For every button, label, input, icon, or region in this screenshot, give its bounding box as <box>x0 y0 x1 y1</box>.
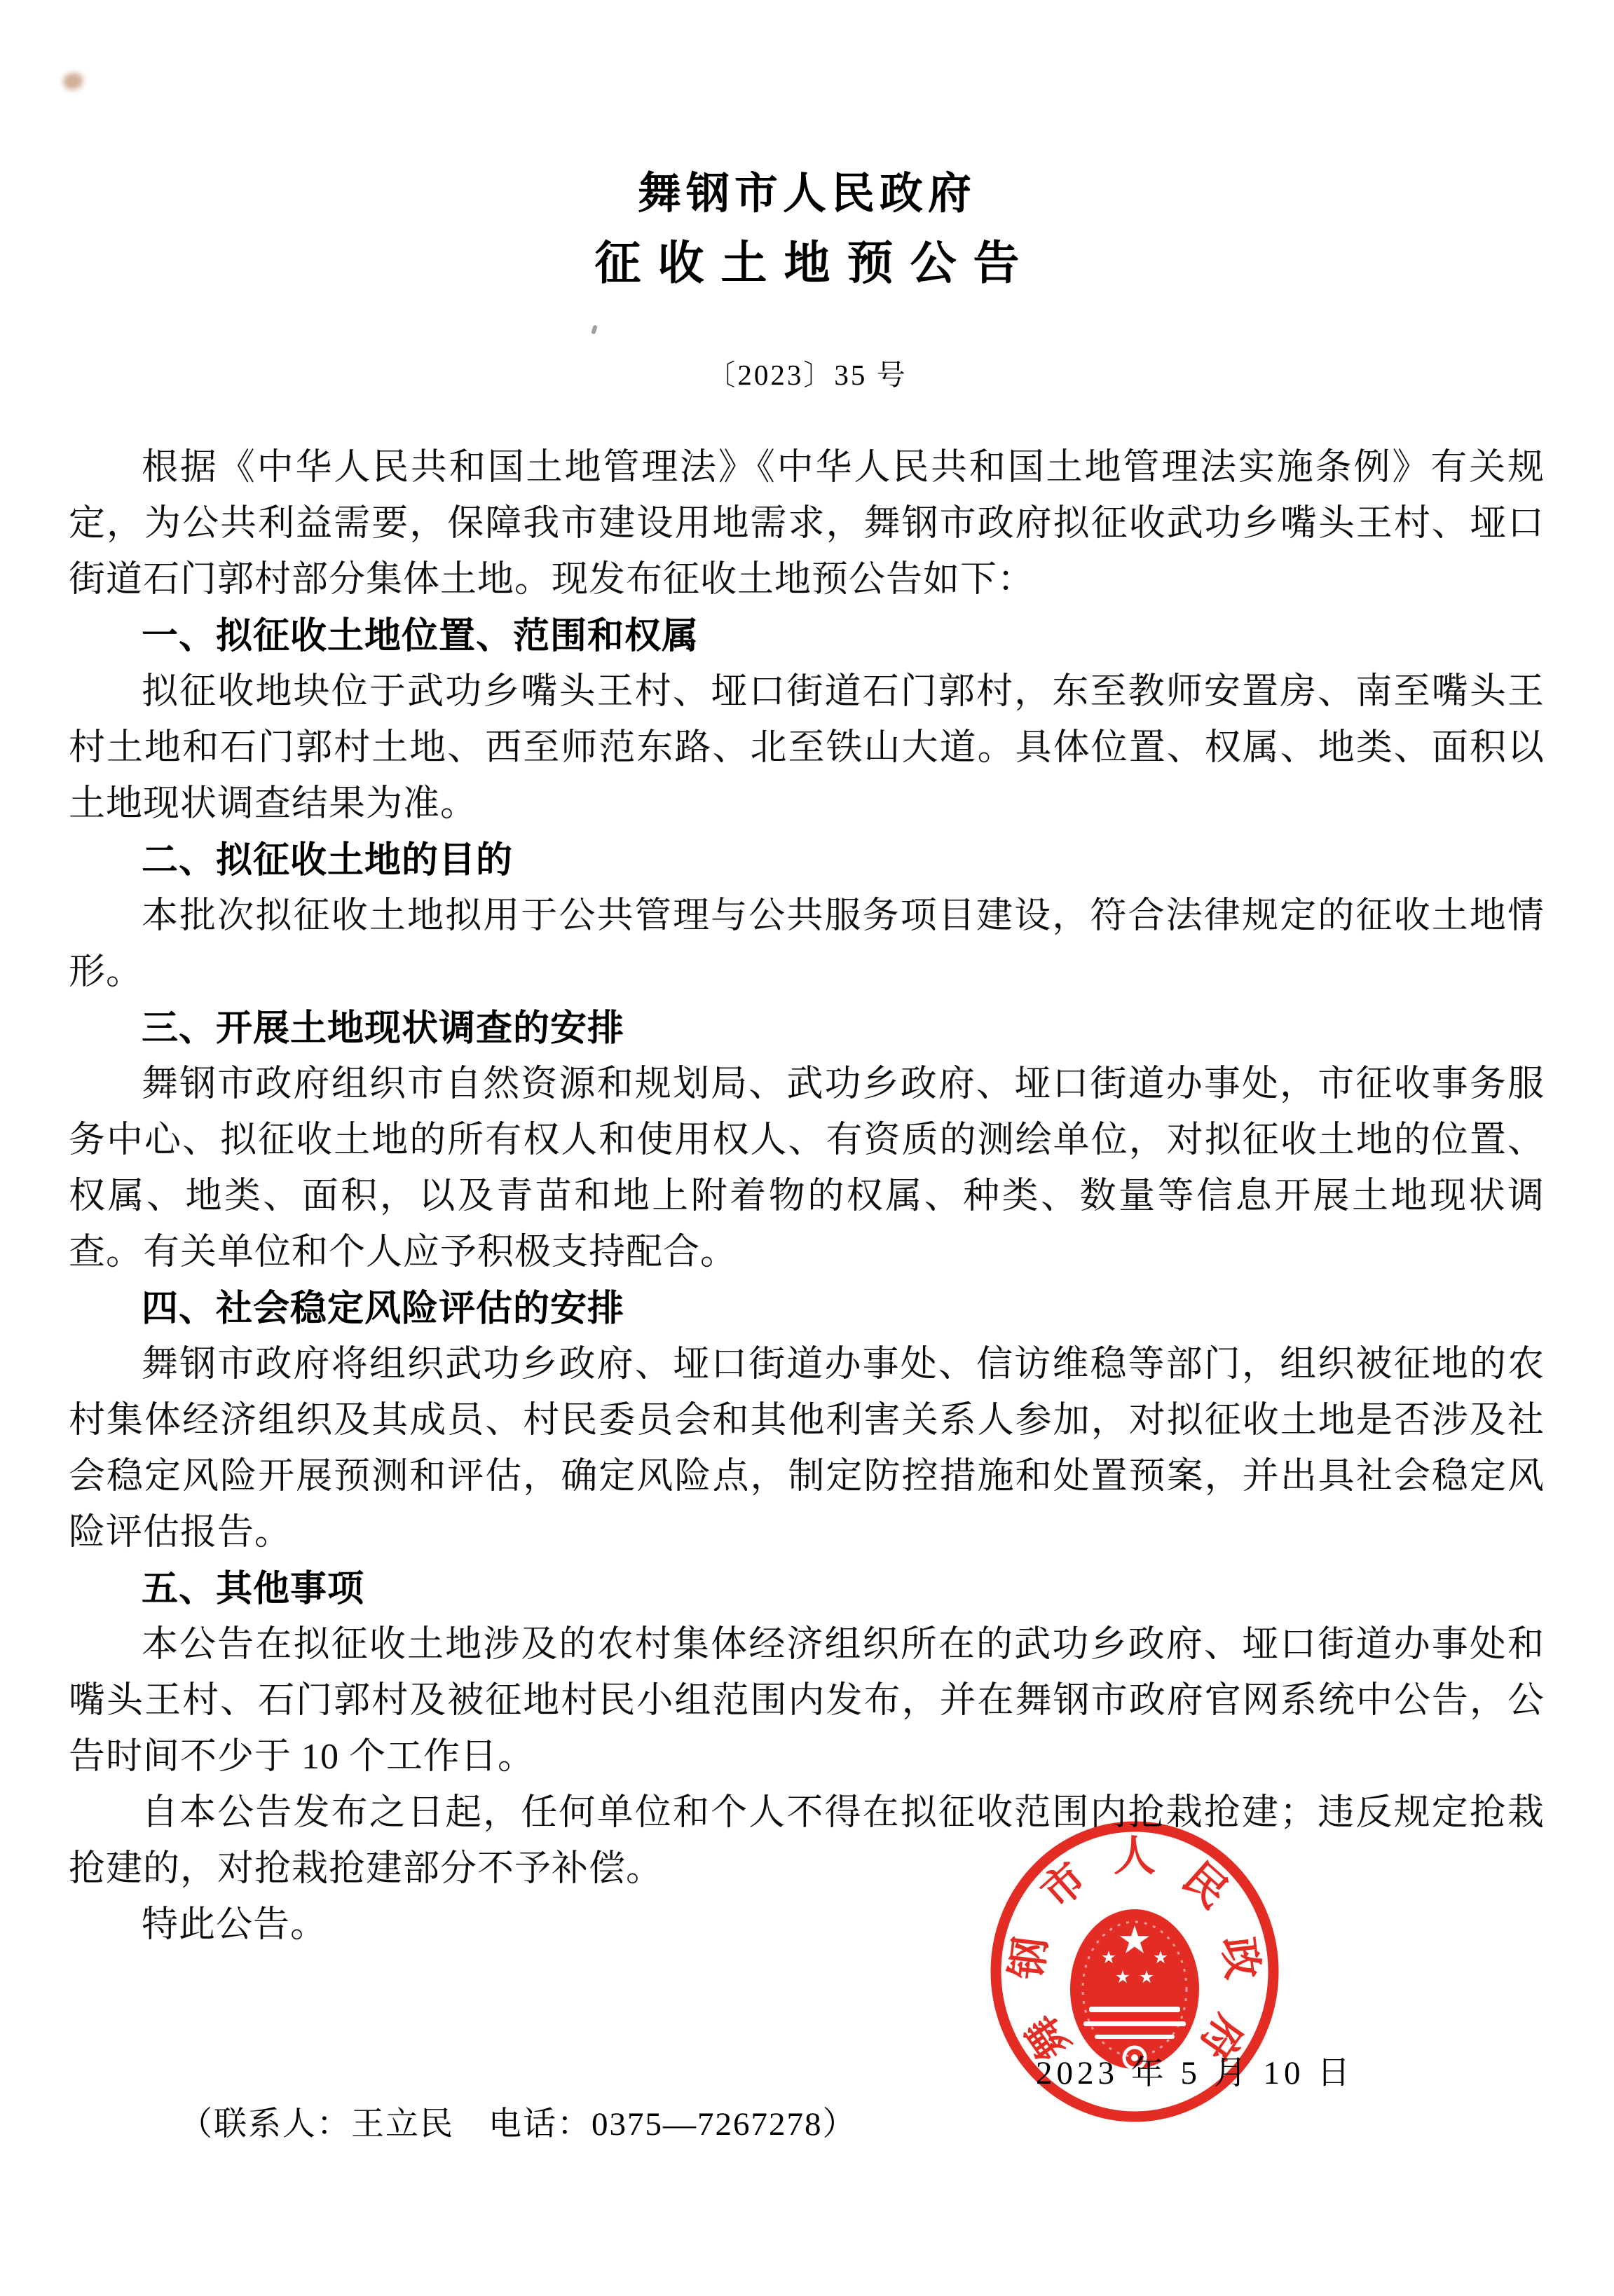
notice-body: 根据《中华人民共和国土地管理法》《中华人民共和国土地管理法实施条例》有关规定，为… <box>69 440 1545 1953</box>
national-emblem-icon <box>1070 1909 1199 2069</box>
seal-char: 政 <box>1215 1934 1266 1981</box>
contact-line: （联系人：王立民 电话：0375—7267278） <box>179 2098 857 2145</box>
body-paragraph: 本公告在拟征收土地涉及的农村集体经济组织所在的武功乡政府、垭口街道办事处和嘴头王… <box>69 1617 1545 1785</box>
section-heading: 三、开展土地现状调查的安排 <box>69 1001 1545 1057</box>
body-paragraph: 舞钢市政府将组织武功乡政府、垭口街道办事处、信访维稳等部门，组织被征地的农村集体… <box>69 1337 1545 1561</box>
section-heading: 一、拟征收土地位置、范围和权属 <box>69 608 1545 664</box>
body-paragraph: 特此公告。 <box>69 1897 1545 1953</box>
body-paragraph: 本批次拟征收土地拟用于公共管理与公共服务项目建设，符合法律规定的征收土地情形。 <box>69 888 1545 1001</box>
seal-char: 钢 <box>1003 1934 1055 1981</box>
section-heading: 五、其他事项 <box>69 1561 1545 1617</box>
body-paragraph: 自本公告发布之日起，任何单位和个人不得在拟征收范围内抢栽抢建；违反规定抢栽抢建的… <box>69 1785 1545 1897</box>
section-heading: 二、拟征收土地的目的 <box>69 832 1545 888</box>
scan-smudge-artifact <box>63 73 83 90</box>
official-seal: 舞 钢 市 人 民 政 府 <box>984 1819 1285 2124</box>
scan-speck-artifact <box>591 324 598 334</box>
seal-char: 人 <box>1114 1833 1156 1880</box>
document-page: 舞钢市人民政府 征收土地预公告 〔2023〕35 号 根据《中华人民共和国土地管… <box>0 0 1614 2296</box>
body-paragraph: 根据《中华人民共和国土地管理法》《中华人民共和国土地管理法实施条例》有关规定，为… <box>69 440 1545 608</box>
body-paragraph: 拟征收地块位于武功乡嘴头王村、垭口街道石门郭村，东至教师安置房、南至嘴头王村土地… <box>69 664 1545 832</box>
section-heading: 四、社会稳定风险评估的安排 <box>69 1281 1545 1337</box>
body-paragraph: 舞钢市政府组织市自然资源和规划局、武功乡政府、垭口街道办事处，市征收事务服务中心… <box>69 1057 1545 1281</box>
doc-number: 〔2023〕35 号 <box>0 352 1614 393</box>
agency-title: 舞钢市人民政府 <box>0 158 1614 221</box>
notice-title: 征收土地预公告 <box>0 226 1614 292</box>
